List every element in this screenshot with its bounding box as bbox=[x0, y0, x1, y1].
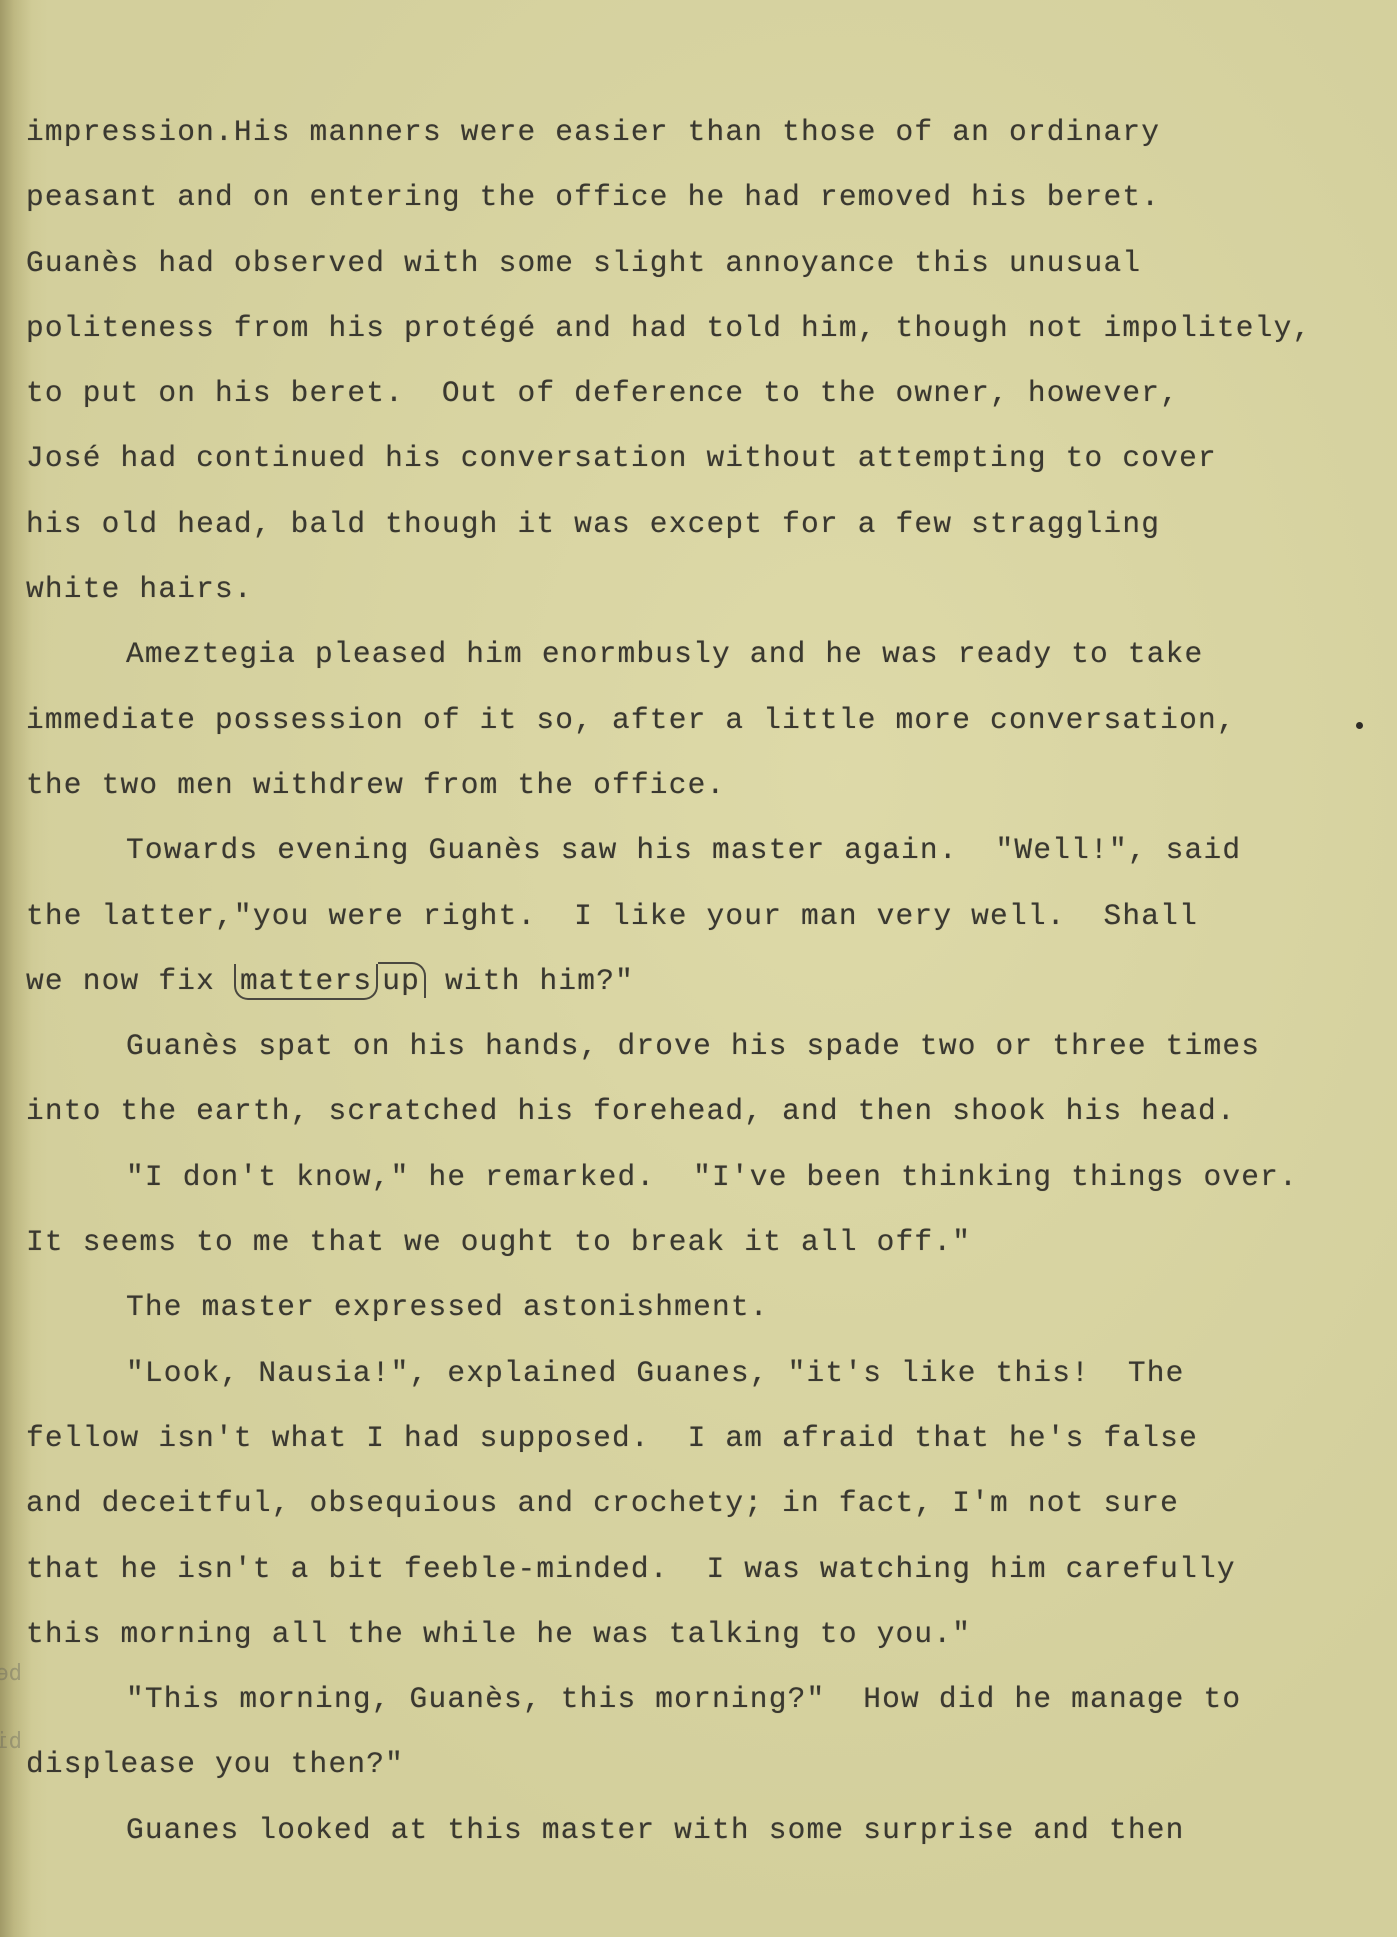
text-line: fellow isn't what I had supposed. I am a… bbox=[26, 1406, 1386, 1471]
text-line: Guanès had observed with some slight ann… bbox=[26, 231, 1386, 296]
paragraph-start-line: Towards evening Guanès saw his master ag… bbox=[26, 818, 1386, 883]
text-line: impression.His manners were easier than … bbox=[26, 100, 1386, 165]
text-line: displease you then?" bbox=[26, 1732, 1386, 1797]
text-segment: we now fix bbox=[26, 964, 234, 998]
text-line: immediate possession of it so, after a l… bbox=[26, 688, 1386, 753]
paragraph-start-line: "This morning, Guanès, this morning?" Ho… bbox=[26, 1667, 1386, 1732]
text-line: peasant and on entering the office he ha… bbox=[26, 165, 1386, 230]
handwritten-transposition-mark: up bbox=[378, 962, 426, 998]
text-line: that he isn't a bit feeble-minded. I was… bbox=[26, 1537, 1386, 1602]
text-line: the latter,"you were right. I like your … bbox=[26, 884, 1386, 949]
text-line: the two men withdrew from the office. bbox=[26, 753, 1386, 818]
paragraph-start-line: Guanès spat on his hands, drove his spad… bbox=[26, 1014, 1386, 1079]
paragraph-start-line: Ameztegia pleased him enormbusly and he … bbox=[26, 622, 1386, 687]
paper-page: bew bid impression.His manners were easi… bbox=[0, 0, 1397, 1937]
text-line: politeness from his protégé and had told… bbox=[26, 296, 1386, 361]
text-line: It seems to me that we ought to break it… bbox=[26, 1210, 1386, 1275]
text-line: we now fix mattersup with him?" bbox=[26, 949, 1386, 1014]
handwritten-circled-word: matters bbox=[234, 964, 378, 1000]
text-line: this morning all the while he was talkin… bbox=[26, 1602, 1386, 1667]
paragraph-start-line: Guanes looked at this master with some s… bbox=[26, 1798, 1386, 1863]
text-segment: with him?" bbox=[426, 964, 634, 998]
text-line: into the earth, scratched his forehead, … bbox=[26, 1079, 1386, 1144]
text-line: his old head, bald though it was except … bbox=[26, 492, 1386, 557]
text-line: to put on his beret. Out of deference to… bbox=[26, 361, 1386, 426]
bleed-through-margin: bew bid bbox=[0, 1640, 22, 1937]
text-line: and deceitful, obsequious and crochety; … bbox=[26, 1471, 1386, 1536]
text-line: white hairs. bbox=[26, 557, 1386, 622]
typewritten-text-body: impression.His manners were easier than … bbox=[26, 100, 1386, 1863]
paragraph-start-line: "Look, Nausia!", explained Guanes, "it's… bbox=[26, 1341, 1386, 1406]
paragraph-start-line: "I don't know," he remarked. "I've been … bbox=[26, 1145, 1386, 1210]
paragraph-start-line: The master expressed astonishment. bbox=[26, 1275, 1386, 1340]
text-line: José had continued his conversation with… bbox=[26, 426, 1386, 491]
